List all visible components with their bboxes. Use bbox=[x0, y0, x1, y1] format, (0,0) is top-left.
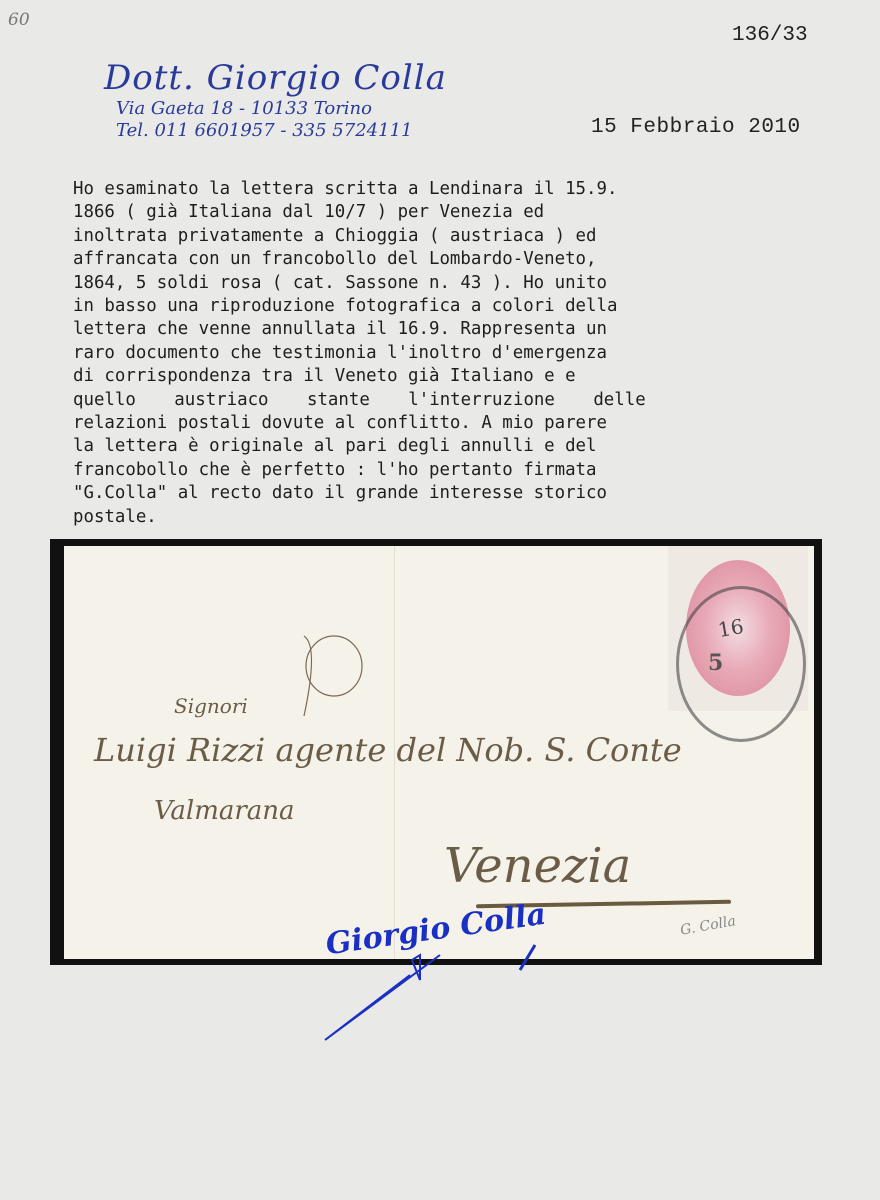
address-city: Venezia bbox=[444, 838, 631, 894]
certificate-reference: 136/33 bbox=[732, 24, 808, 47]
text-line: "G.Colla" al recto dato il grande intere… bbox=[73, 482, 833, 505]
text-line: 1864, 5 soldi rosa ( cat. Sassone n. 43 … bbox=[73, 272, 833, 295]
text-line: postale. bbox=[73, 506, 833, 529]
expert-address: Via Gaeta 18 - 10133 Torino bbox=[116, 98, 447, 120]
postmark-cancel bbox=[676, 586, 806, 742]
text-line: francobollo che è perfetto : l'ho pertan… bbox=[73, 459, 833, 482]
text-line: quello austriaco stante l'interruzione d… bbox=[73, 389, 833, 412]
address-line-2: Valmarana bbox=[154, 796, 295, 826]
expert-phone: Tel. 011 6601957 - 335 5724111 bbox=[116, 120, 447, 142]
pencil-number: 60 bbox=[8, 10, 30, 30]
text-line: affrancata con un francobollo del Lombar… bbox=[73, 248, 833, 271]
text-line: Ho esaminato la lettera scritta a Lendin… bbox=[73, 178, 833, 201]
postmark-date: 16 bbox=[716, 614, 745, 642]
text-line: relazioni postali dovute al conflitto. A… bbox=[73, 412, 833, 435]
text-line: inoltrata privatamente a Chioggia ( aust… bbox=[73, 225, 833, 248]
letterhead: Dott. Giorgio Colla Via Gaeta 18 - 10133… bbox=[100, 58, 447, 142]
letter-photo: 5 16 Signori Luigi Rizzi agente del Nob.… bbox=[64, 546, 814, 959]
text-line: 1866 ( già Italiana dal 10/7 ) per Venez… bbox=[73, 201, 833, 224]
certificate-date: 15 Febbraio 2010 bbox=[591, 116, 801, 139]
text-line: in basso una riproduzione fotografica a … bbox=[73, 295, 833, 318]
text-line: lettera che venne annullata il 16.9. Rap… bbox=[73, 318, 833, 341]
text-line: raro documento che testimonia l'inoltro … bbox=[73, 342, 833, 365]
text-line: di corrispondenza tra il Veneto già Ital… bbox=[73, 365, 833, 388]
certificate-text: Ho esaminato la lettera scritta a Lendin… bbox=[73, 178, 833, 529]
text-line: la lettera è originale al pari degli ann… bbox=[73, 435, 833, 458]
flourish-icon bbox=[264, 626, 384, 716]
expert-name: Dott. Giorgio Colla bbox=[104, 58, 447, 98]
salutation: Signori bbox=[174, 694, 248, 718]
signature-strokes-icon bbox=[320, 935, 650, 1045]
address-line-1: Luigi Rizzi agente del Nob. S. Conte bbox=[94, 731, 682, 769]
